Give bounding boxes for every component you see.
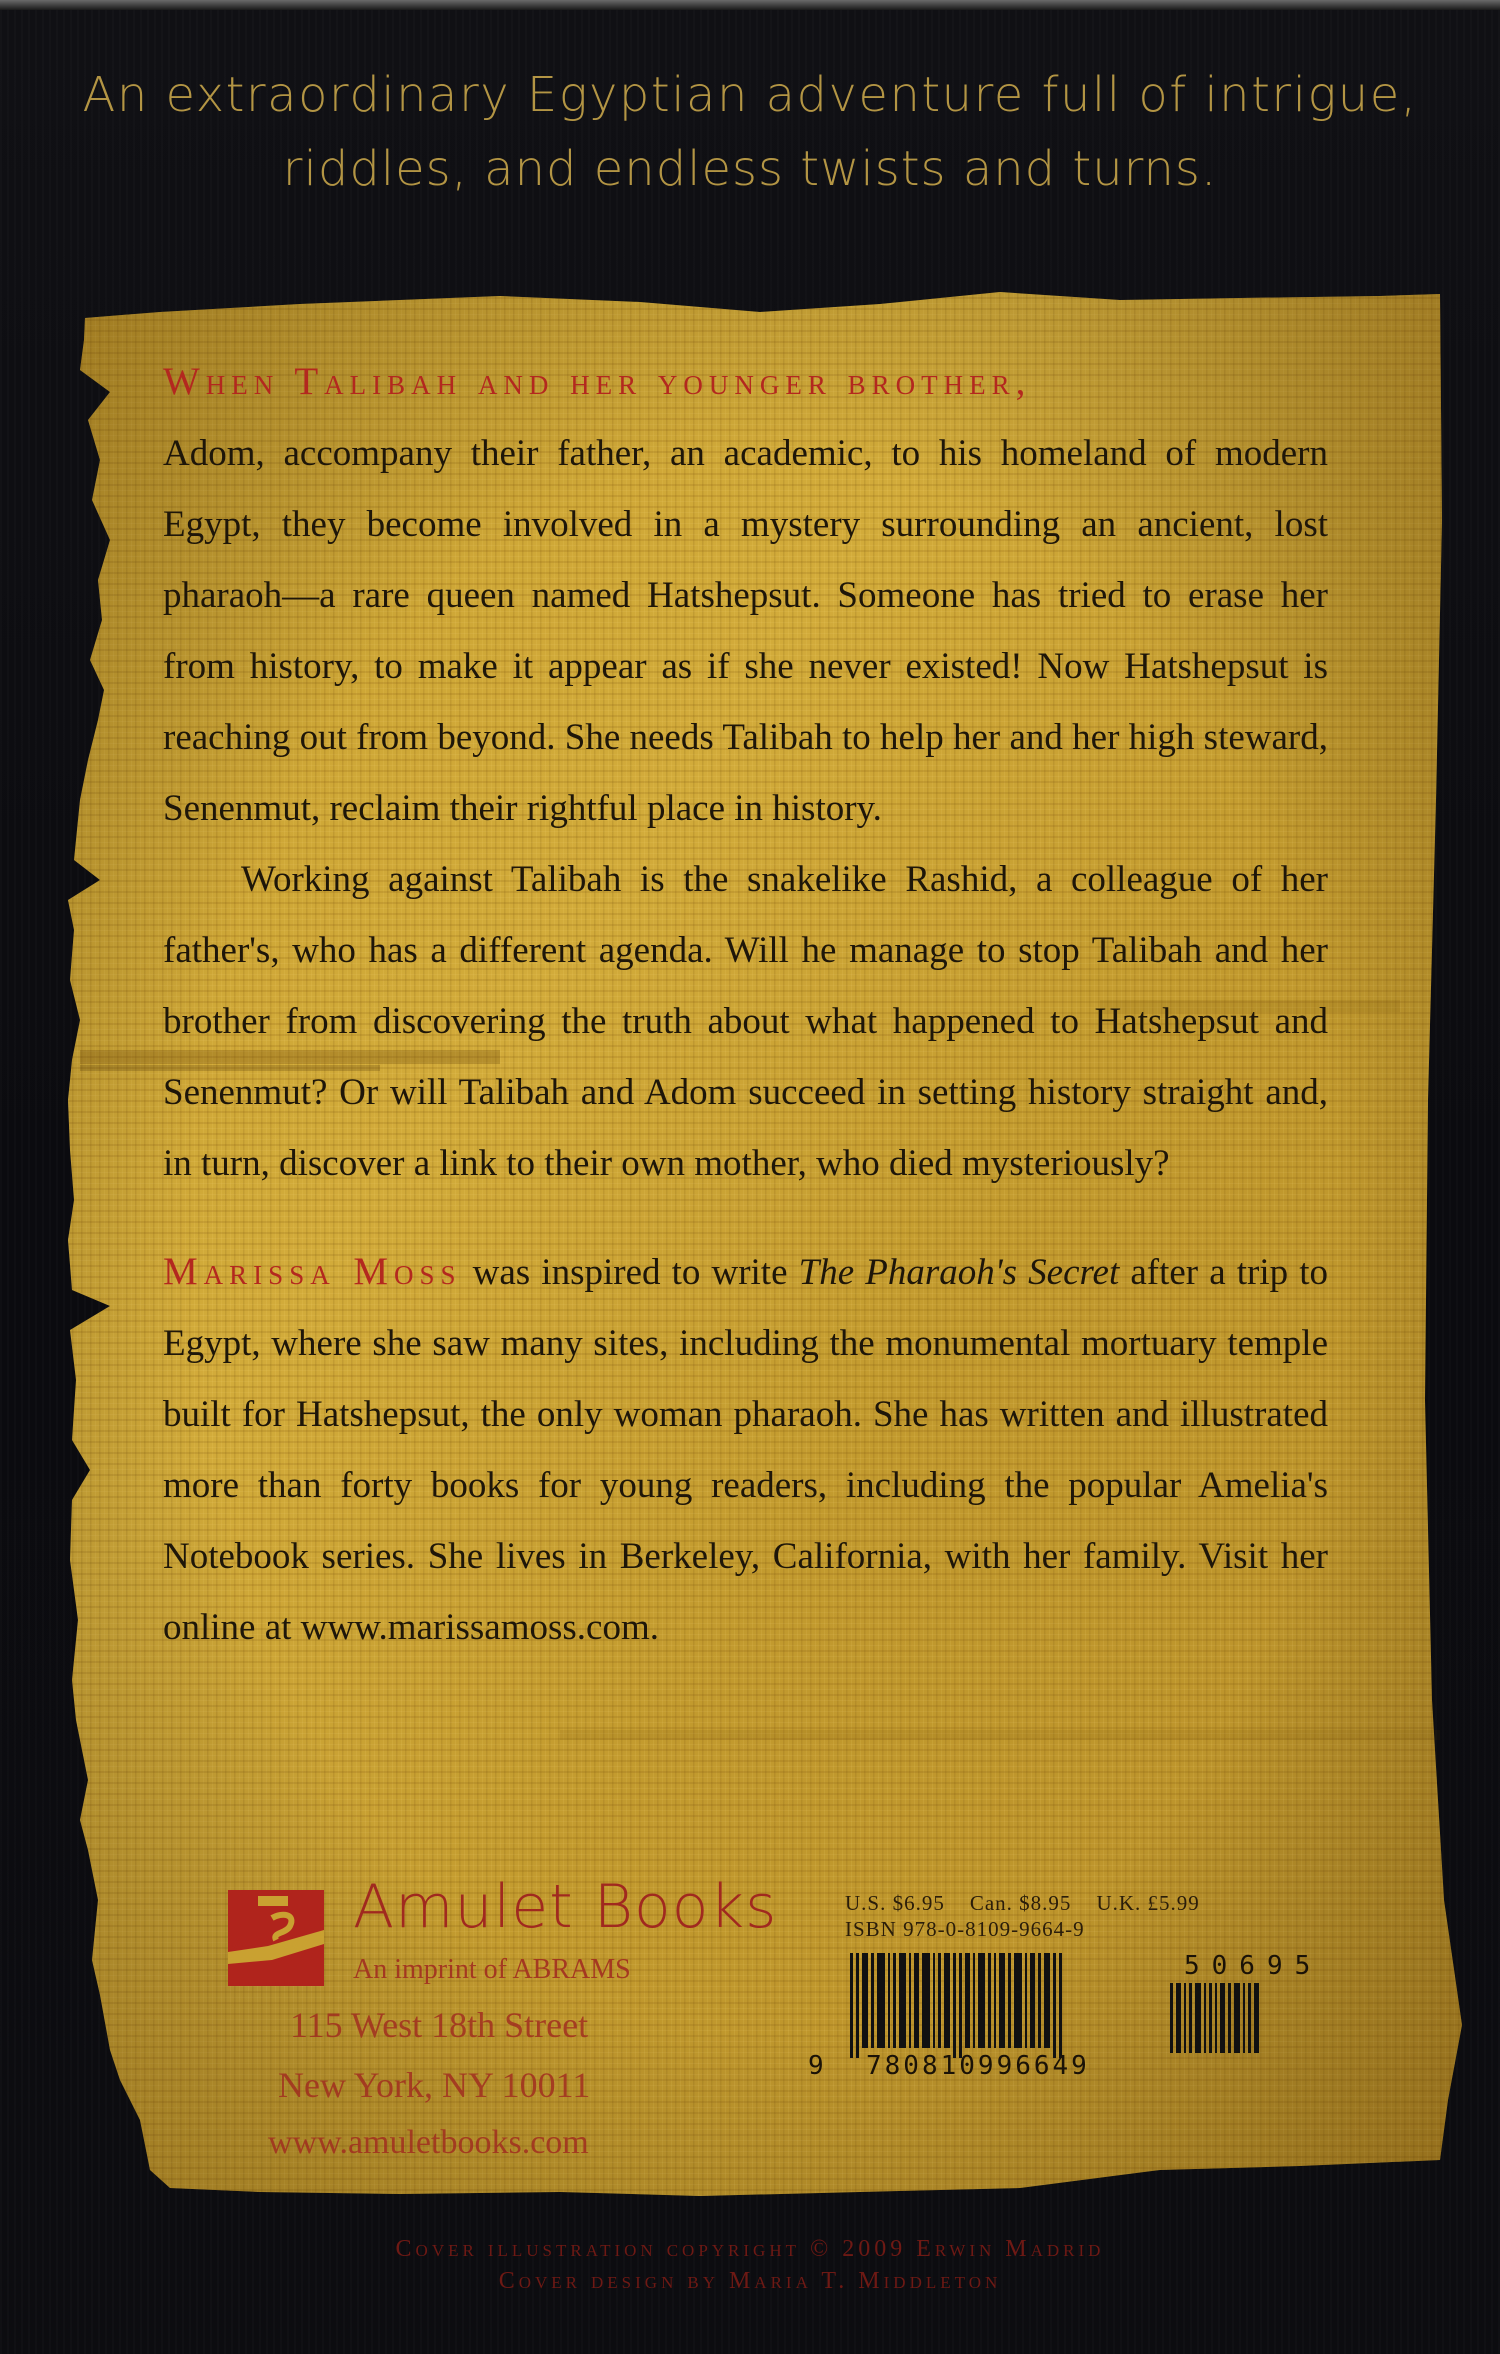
amulet-books-logo-icon	[228, 1890, 324, 1986]
publisher-address-line-1: 115 West 18th Street	[290, 2004, 588, 2046]
isbn-barcode: 9 780810996649 50695	[808, 1953, 1328, 2073]
author-bio-text-1: was inspired to write	[462, 1252, 799, 1293]
price-us: U.S. $6.95	[845, 1891, 945, 1915]
book-title: The Pharaoh's Secret	[799, 1252, 1120, 1293]
publisher-website-link[interactable]: www.amuletbooks.com	[268, 2124, 589, 2162]
synopsis: When Talibah and her younger brother,Ado…	[163, 346, 1328, 1663]
barcode-addon-digits: 50695	[1184, 1951, 1322, 1981]
publisher-name: Amulet Books	[353, 1872, 777, 1942]
price-row: U.S. $6.95 Can. $8.95 U.K. £5.99	[845, 1890, 1200, 1916]
barcode-main-digits: 780810996649	[866, 2051, 1090, 2081]
synopsis-paragraph-1-body: Adom, accompany their father, an academi…	[163, 433, 1328, 829]
price-can: Can. $8.95	[970, 1891, 1072, 1915]
synopsis-lead-in: When Talibah and her younger brother,	[163, 360, 1031, 403]
synopsis-paragraph-2: Working against Talibah is the snakelike…	[163, 844, 1328, 1199]
credit-illustration: Cover illustration copyright © 2009 Erwi…	[0, 2233, 1500, 2265]
author-bio: Marissa Moss was inspired to write The P…	[163, 1236, 1328, 1663]
barcode-lead-digit: 9	[808, 2051, 827, 2081]
pricing-block: U.S. $6.95 Can. $8.95 U.K. £5.99 ISBN 97…	[845, 1890, 1200, 1942]
cover-credits: Cover illustration copyright © 2009 Erwi…	[0, 2233, 1500, 2297]
barcode-main-bars	[850, 1953, 1065, 2053]
credit-design: Cover design by Maria T. Middleton	[0, 2265, 1500, 2297]
author-name: Marissa Moss	[163, 1250, 462, 1293]
publisher-address-line-2: New York, NY 10011	[278, 2064, 590, 2106]
synopsis-paragraph-1: When Talibah and her younger brother,Ado…	[163, 346, 1328, 844]
barcode-addon-bars	[1170, 1983, 1262, 2083]
author-bio-text-2: after a trip to Egypt, where she saw man…	[163, 1252, 1328, 1648]
isbn: ISBN 978-0-8109-9664-9	[845, 1916, 1200, 1942]
publisher-imprint: An imprint of ABRAMS	[353, 1954, 631, 1986]
price-uk: U.K. £5.99	[1096, 1891, 1199, 1915]
